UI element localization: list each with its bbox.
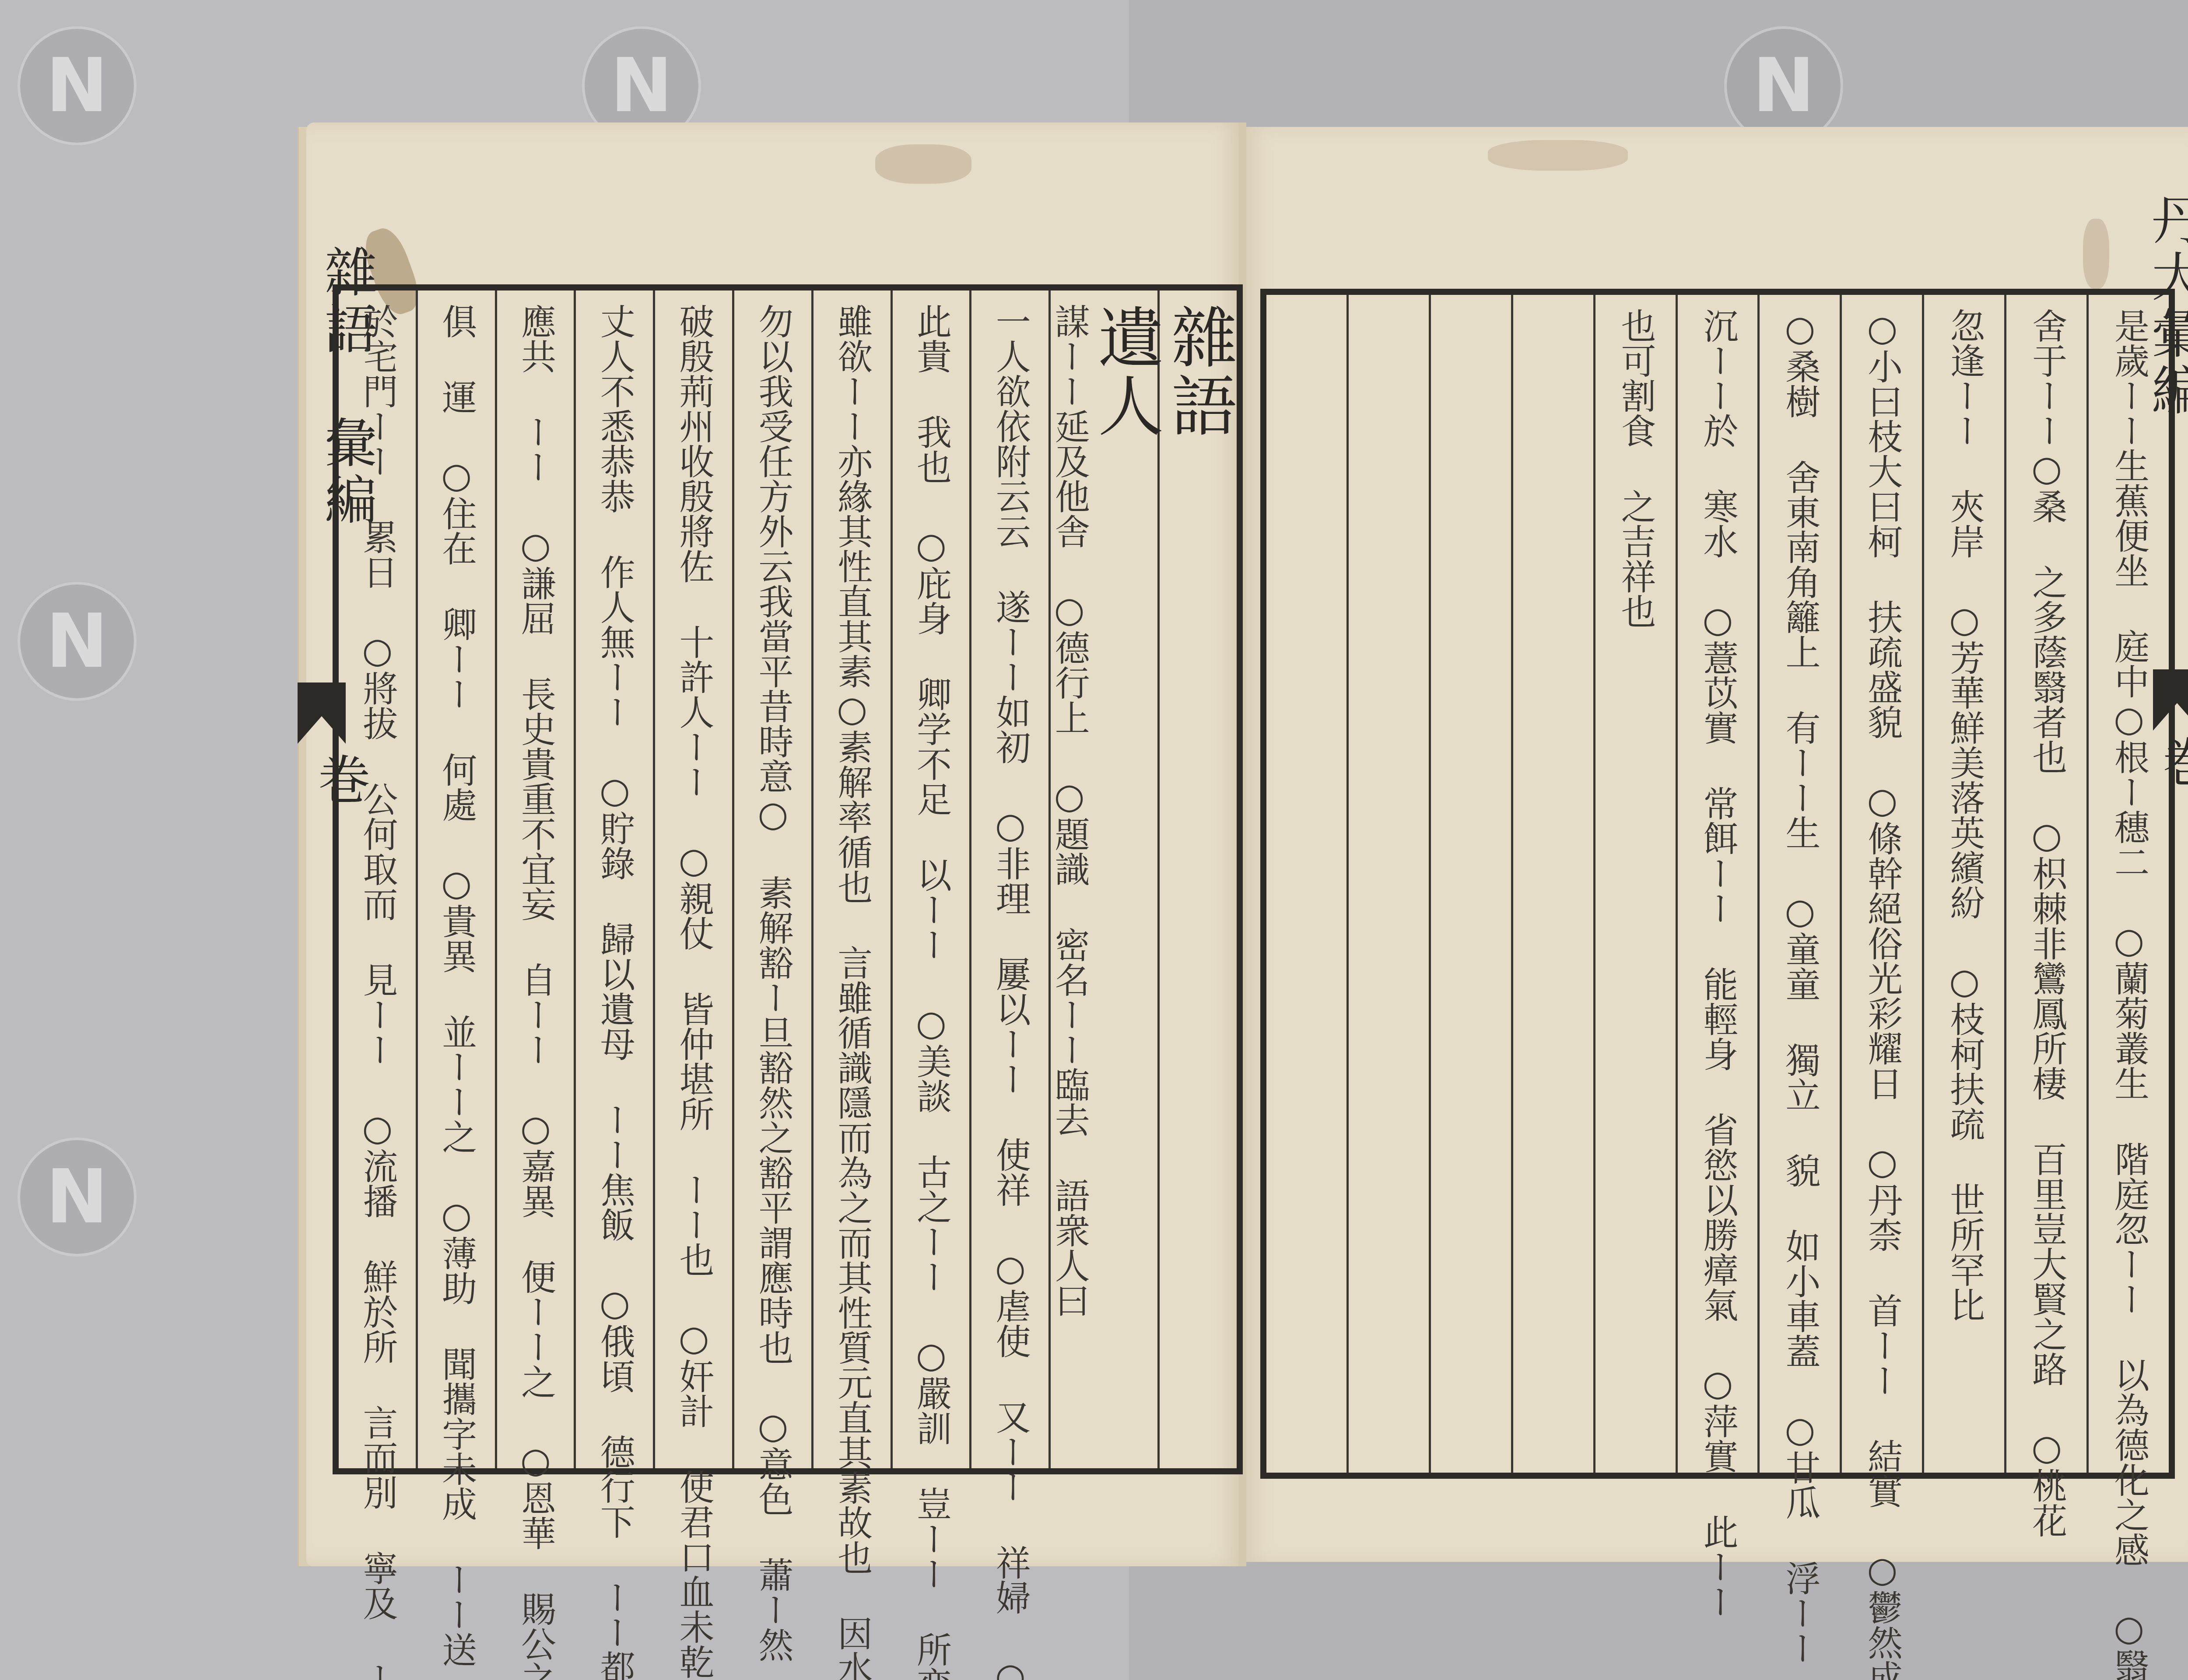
- column: ○桑樹 舍東南角籬上 有ーー生 ○童童 獨立 貌 如小車蓋 ○甘瓜 浮ーー 於清…: [1757, 295, 1840, 1473]
- empty-column: [1511, 295, 1593, 1473]
- entry-gloss: 也可割食 之吉祥也: [1617, 308, 1654, 1473]
- column: 雜語: [1157, 290, 1237, 1468]
- entry-gloss: ○桑樹 舍東南角籬上 有ーー生 ○童童 獨立 貌 如小車蓋 ○甘瓜 浮ーー 於清…: [1781, 308, 1818, 1473]
- entry-gloss: 舍于ーー○桑 之多蔭翳者也 ○枳棘非鸞鳳所棲 百里豈大賢之路 ○桃花: [2028, 308, 2065, 1473]
- watermark-logo-icon: N: [18, 26, 137, 145]
- entry-gloss: 丈人不悉恭恭 作人無ーー ○貯錄 歸以遺母 ーー焦飯 ○俄頃 德行下 ーー都盡 …: [596, 304, 633, 1468]
- empty-column: [1346, 295, 1429, 1473]
- entry-gloss: 應共 ーー ○謙屈 長史貴重不宜妄 自ーー ○嘉異 便ーー之 ○恩華 賜公之 ー…: [517, 304, 554, 1468]
- watermark-logo-icon: N: [18, 582, 137, 701]
- column: 於宅門ーー 累日 ○將拔 公何取而 見ーー ○流播 鮮於所 言而別 寧及 ーー …: [339, 290, 416, 1468]
- entry-gloss: 忽逢ーー 夾岸 ○芳華鮮美落英繽紛 ○枝柯扶疏 世所罕比: [1946, 308, 1983, 1473]
- section-heading: 雜語: [1165, 304, 1231, 1468]
- column: 此貴 我也 ○庇身 卿学不足 以ーー ○美談 古之ーー ○嚴訓 豈ーー 所変邪 …: [891, 290, 970, 1468]
- column: 應共 ーー ○謙屈 長史貴重不宜妄 自ーー ○嘉異 便ーー之 ○恩華 賜公之 ー…: [495, 290, 574, 1468]
- column: 勿以我受任方外云我當平昔時意○ 素解豁ー旦豁然之豁平謂應時也 ○意色 蕭ー然 ○…: [732, 290, 811, 1468]
- entry-gloss: 雖欲ーー亦緣其性直其素○素解率循也 言雖循識隱而為之而其性質元直其素故也 因水災…: [834, 304, 870, 1468]
- entry-gloss: 於宅門ーー 累日 ○將拔 公何取而 見ーー ○流播 鮮於所 言而別 寧及 ーー …: [359, 304, 396, 1468]
- paper-damage: [1488, 140, 1628, 171]
- entry-gloss: 勿以我受任方外云我當平昔時意○ 素解豁ー旦豁然之豁平謂應時也 ○意色 蕭ー然 ○…: [754, 304, 791, 1468]
- entry-gloss: 破殷荊州收殷將佐 十許人ーー ○親仗 皆仲堪所 ーー也 ○奸計 使君口血未乾 而…: [675, 304, 712, 1468]
- column: 沉ーー於 寒水 ○薏苡實 常餌ーー 能輕身 省慾以勝瘴氣 ○萍實 此ーー: [1676, 295, 1758, 1473]
- entry-gloss: ○小曰枝大曰柯 扶疏盛貌 ○條幹絕俗光彩耀日 ○丹柰 首ーー 結實 ○鬱然成林: [1864, 308, 1900, 1473]
- column: ○小曰枝大曰柯 扶疏盛貌 ○條幹絕俗光彩耀日 ○丹柰 首ーー 結實 ○鬱然成林: [1840, 295, 1922, 1473]
- column: 遺人謀ーー延及他舎 ○德行上 ○題識 密名ーー臨去 語衆人曰: [1048, 290, 1157, 1468]
- column: 雖欲ーー亦緣其性直其素○素解率循也 言雖循識隱而為之而其性質元直其素故也 因水災…: [811, 290, 891, 1468]
- empty-column: [1429, 295, 1511, 1473]
- column: 一人欲依附云云 遂ーー如初 ○非理 屢以ーー 使祥 ○虐使 又ーー 祥婦 ○時談…: [969, 290, 1048, 1468]
- column: 丈人不悉恭恭 作人無ーー ○貯錄 歸以遺母 ーー焦飯 ○俄頃 德行下 ーー都盡 …: [574, 290, 653, 1468]
- entry-head: 遺人: [1092, 304, 1157, 1468]
- column: 是歲ーー生蕉便坐 庭中○根ー穗二 ○蘭菊叢生 階庭忽ーー 以為德化之感 ○翳: [2086, 295, 2169, 1473]
- column: 俱 運 ○住在 卿ーー 何處 ○貴異 並ーー之 ○薄助 聞攜字未成 ーー送 ○伺…: [416, 290, 495, 1468]
- entry-gloss: 一人欲依附云云 遂ーー如初 ○非理 屢以ーー 使祥 ○虐使 又ーー 祥婦 ○時談…: [992, 304, 1028, 1468]
- entry-gloss: 此貴 我也 ○庇身 卿学不足 以ーー ○美談 古之ーー ○嚴訓 豈ーー 所変邪 …: [913, 304, 950, 1468]
- right-columns: 是歲ーー生蕉便坐 庭中○根ー穗二 ○蘭菊叢生 階庭忽ーー 以為德化之感 ○翳 舍…: [1266, 295, 2169, 1473]
- column: 忽逢ーー 夾岸 ○芳華鮮美落英繽紛 ○枝柯扶疏 世所罕比: [1922, 295, 2004, 1473]
- entry-gloss: 俱 運 ○住在 卿ーー 何處 ○貴異 並ーー之 ○薄助 聞攜字未成 ーー送 ○伺…: [438, 304, 475, 1468]
- empty-column: [1266, 295, 1346, 1473]
- left-columns: 雜語 遺人謀ーー延及他舎 ○德行上 ○題識 密名ーー臨去 語衆人曰 一人欲依附云…: [339, 290, 1237, 1468]
- watermark-logo-icon: N: [18, 1137, 137, 1256]
- column: 破殷荊州收殷將佐 十許人ーー ○親仗 皆仲堪所 ーー也 ○奸計 使君口血未乾 而…: [653, 290, 732, 1468]
- paper-damage: [875, 144, 971, 184]
- entry-gloss: 沉ーー於 寒水 ○薏苡實 常餌ーー 能輕身 省慾以勝瘴氣 ○萍實 此ーー: [1699, 308, 1736, 1473]
- right-text-frame: 是歲ーー生蕉便坐 庭中○根ー穗二 ○蘭菊叢生 階庭忽ーー 以為德化之感 ○翳 舍…: [1260, 289, 2175, 1479]
- entry-gloss: 是歲ーー生蕉便坐 庭中○根ー穗二 ○蘭菊叢生 階庭忽ーー 以為德化之感 ○翳: [2111, 308, 2147, 1473]
- entry-gloss: 謀ーー延及他舎 ○德行上 ○題識 密名ーー臨去 語衆人曰: [1051, 304, 1087, 1468]
- column: 也可割食 之吉祥也: [1593, 295, 1676, 1473]
- left-text-frame: 雜語 遺人謀ーー延及他舎 ○德行上 ○題識 密名ーー臨去 語衆人曰 一人欲依附云…: [333, 284, 1243, 1474]
- column: 舍于ーー○桑 之多蔭翳者也 ○枳棘非鸞鳳所棲 百里豈大賢之路 ○桃花: [2004, 295, 2086, 1473]
- ink-stain: [2083, 219, 2109, 289]
